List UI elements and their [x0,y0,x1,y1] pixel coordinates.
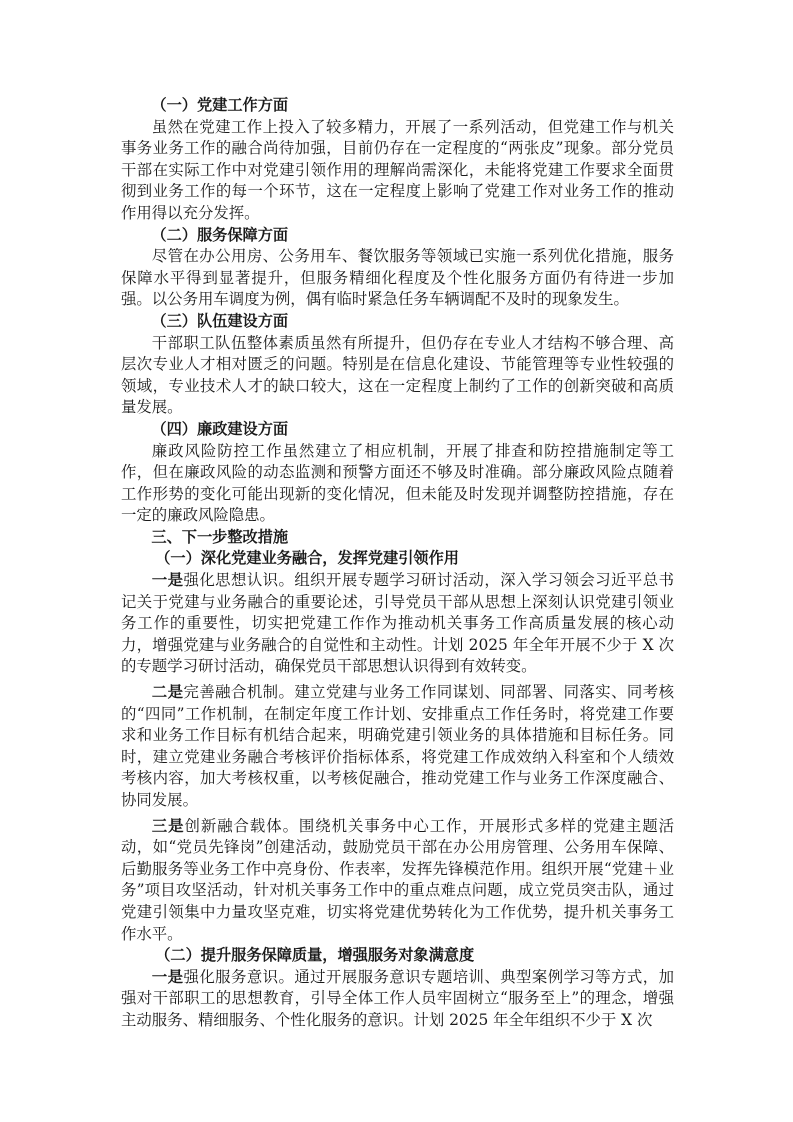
section-body-integrity: 廉政风险防控工作虽然建立了相应机制，开展了排查和防控措施制定等工作，但在廉政风险… [121,441,674,527]
document-page: （一）党建工作方面 虽然在党建工作上投入了较多精力，开展了一系列活动，但党建工作… [121,95,674,1032]
measure-paragraph: 一是强化服务意识。通过开展服务意识专题培训、典型案例学习等方式，加强对干部职工的… [121,967,674,1032]
measure-lead: 二是 [152,683,184,701]
section-body-party-building: 虽然在党建工作上投入了较多精力，开展了一系列活动，但党建工作与机关事务业务工作的… [121,117,674,225]
measure-lead: 三是 [152,817,185,835]
measure-paragraph: 一是强化思想认识。组织开展专题学习研讨活动，深入学习领会习近平总书记关于党建与业… [121,570,674,678]
measure-text: 强化服务意识。通过开展服务意识专题培训、典型案例学习等方式，加强对干部职工的思想… [121,968,674,1029]
section-heading-integrity: （四）廉政建设方面 [121,419,674,441]
measure-text: 创新融合载体。围绕机关事务中心工作，开展形式多样的党建主题活动，如“党员先锋岗”… [121,817,674,943]
section-body-team: 干部职工队伍整体素质虽然有所提升，但仍存在专业人才结构不够合理、高层次专业人才相… [121,333,674,419]
part-title-next-steps: 三、下一步整改措施 [121,527,674,549]
measure-text: 强化思想认识。组织开展专题学习研讨活动，深入学习领会习近平总书记关于党建与业务融… [121,571,674,675]
measure-paragraph: 二是完善融合机制。建立党建与业务工作同谋划、同部署、同落实、同考核的“四同”工作… [121,682,674,812]
section-heading-party-building: （一）党建工作方面 [121,95,674,117]
subsection-heading-integration: （一）深化党建业务融合，发挥党建引领作用 [121,548,674,570]
measure-lead: 一是 [152,571,184,589]
measure-lead: 一是 [152,968,184,986]
section-heading-service: （二）服务保障方面 [121,225,674,247]
measure-text: 完善融合机制。建立党建与业务工作同谋划、同部署、同落实、同考核的“四同”工作机制… [121,683,674,809]
measure-paragraph: 三是创新融合载体。围绕机关事务中心工作，开展形式多样的党建主题活动，如“党员先锋… [121,816,674,946]
subsection-heading-service-quality: （二）提升服务保障质量，增强服务对象满意度 [121,945,674,967]
section-body-service: 尽管在办公用房、公务用车、餐饮服务等领域已实施一系列优化措施，服务保障水平得到显… [121,246,674,311]
section-heading-team: （三）队伍建设方面 [121,311,674,333]
